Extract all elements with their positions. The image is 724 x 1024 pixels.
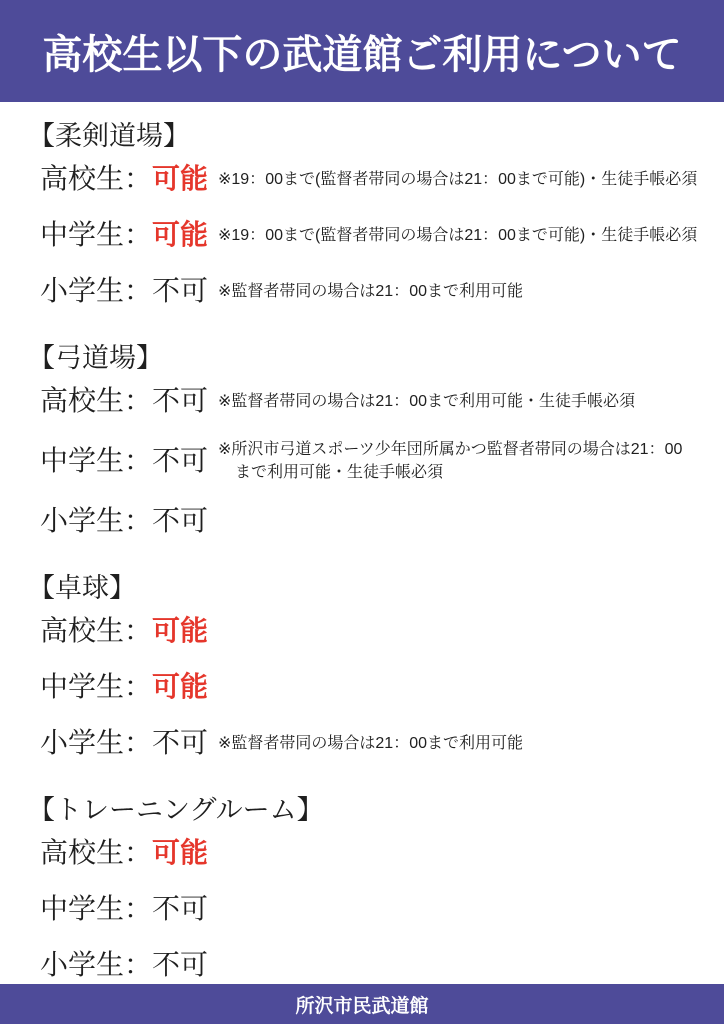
status-value: 不可 (152, 505, 208, 536)
content: 【柔剣道場】 高校生：可能 ※19：00まで(監督者帯同の場合は21：00まで可… (0, 102, 724, 984)
row-main: 中学生：可能 (40, 216, 218, 254)
rule-row-highschool: 高校生：不可 ※監督者帯同の場合は21：00まで利用可能・生徒手帳必須 (40, 382, 698, 420)
row-main: 中学生：不可 (40, 890, 218, 928)
status-value: 不可 (152, 893, 208, 924)
section-rows: 高校生：可能 ※19：00まで(監督者帯同の場合は21：00まで可能)・生徒手帳… (40, 160, 698, 310)
status-value: 不可 (152, 385, 208, 416)
row-main: 中学生：不可 (40, 442, 218, 480)
row-main: 高校生：可能 (40, 834, 218, 872)
status-value: 不可 (152, 727, 208, 758)
section-title: 【柔剣道場】 (28, 118, 698, 154)
row-note: ※監督者帯同の場合は21：00まで利用可能 (218, 732, 698, 755)
rule-row-middleschool: 中学生：可能 ※19：00まで(監督者帯同の場合は21：00まで可能)・生徒手帳… (40, 216, 698, 254)
notice-poster: 高校生以下の武道館ご利用について 【柔剣道場】 高校生：可能 ※19：00まで(… (0, 0, 724, 1024)
student-label: 中学生： (40, 671, 152, 702)
section-rows: 高校生：可能 中学生：可能 小学生：不可 ※監督者帯同の場合は21：00まで利用… (40, 612, 698, 762)
student-label: 小学生： (40, 505, 152, 536)
rule-row-highschool: 高校生：可能 (40, 834, 698, 872)
section-training-room: 【トレーニングルーム】 高校生：可能 中学生：不可 小学生：不可 (28, 792, 698, 984)
row-note: ※所沢市弓道スポーツ少年団所属かつ監督者帯同の場合は21：00まで利用可能・生徒… (218, 438, 698, 484)
row-main: 小学生：不可 (40, 272, 218, 310)
rule-row-highschool: 高校生：可能 (40, 612, 698, 650)
student-label: 高校生： (40, 837, 152, 868)
student-label: 高校生： (40, 385, 152, 416)
title-banner: 高校生以下の武道館ご利用について (0, 0, 724, 102)
rule-row-middleschool: 中学生：可能 (40, 668, 698, 706)
page-title: 高校生以下の武道館ご利用について (42, 23, 681, 80)
student-label: 小学生： (40, 727, 152, 758)
footer-banner: 所沢市民武道館 (0, 984, 724, 1024)
rule-row-elementary: 小学生：不可 ※監督者帯同の場合は21：00まで利用可能 (40, 272, 698, 310)
status-value: 可能 (152, 837, 208, 868)
row-note: ※監督者帯同の場合は21：00まで利用可能 (218, 280, 698, 303)
status-value: 可能 (152, 219, 208, 250)
student-label: 中学生： (40, 445, 152, 476)
rule-row-elementary: 小学生：不可 ※監督者帯同の場合は21：00まで利用可能 (40, 724, 698, 762)
section-rows: 高校生：不可 ※監督者帯同の場合は21：00まで利用可能・生徒手帳必須 中学生：… (40, 382, 698, 540)
rule-row-highschool: 高校生：可能 ※19：00まで(監督者帯同の場合は21：00まで可能)・生徒手帳… (40, 160, 698, 198)
status-value: 不可 (152, 445, 208, 476)
rule-row-middleschool: 中学生：不可 (40, 890, 698, 928)
section-kyudo-dojo: 【弓道場】 高校生：不可 ※監督者帯同の場合は21：00まで利用可能・生徒手帳必… (28, 340, 698, 540)
rule-row-elementary: 小学生：不可 (40, 502, 698, 540)
section-table-tennis: 【卓球】 高校生：可能 中学生：可能 小学生：不可 ※監督者帯同の場合は21：0… (28, 570, 698, 762)
student-label: 小学生： (40, 949, 152, 980)
section-title: 【弓道場】 (28, 340, 698, 376)
row-note: ※19：00まで(監督者帯同の場合は21：00まで可能)・生徒手帳必須 (218, 224, 698, 247)
row-main: 小学生：不可 (40, 946, 218, 984)
student-label: 中学生： (40, 893, 152, 924)
row-main: 小学生：不可 (40, 502, 218, 540)
status-value: 不可 (152, 275, 208, 306)
row-note: ※19：00まで(監督者帯同の場合は21：00まで可能)・生徒手帳必須 (218, 168, 698, 191)
student-label: 高校生： (40, 615, 152, 646)
rule-row-middleschool: 中学生：不可 ※所沢市弓道スポーツ少年団所属かつ監督者帯同の場合は21：00まで… (40, 438, 698, 484)
student-label: 中学生： (40, 219, 152, 250)
row-note: ※監督者帯同の場合は21：00まで利用可能・生徒手帳必須 (218, 390, 698, 413)
row-main: 高校生：不可 (40, 382, 218, 420)
footer-label: 所沢市民武道館 (295, 991, 428, 1018)
row-main: 中学生：可能 (40, 668, 218, 706)
section-rows: 高校生：可能 中学生：不可 小学生：不可 (40, 834, 698, 984)
section-juken-dojo: 【柔剣道場】 高校生：可能 ※19：00まで(監督者帯同の場合は21：00まで可… (28, 118, 698, 310)
status-value: 可能 (152, 671, 208, 702)
row-main: 高校生：可能 (40, 160, 218, 198)
student-label: 小学生： (40, 275, 152, 306)
section-title: 【トレーニングルーム】 (28, 792, 698, 828)
student-label: 高校生： (40, 163, 152, 194)
status-value: 不可 (152, 949, 208, 980)
status-value: 可能 (152, 615, 208, 646)
row-main: 高校生：可能 (40, 612, 218, 650)
status-value: 可能 (152, 163, 208, 194)
row-main: 小学生：不可 (40, 724, 218, 762)
rule-row-elementary: 小学生：不可 (40, 946, 698, 984)
section-title: 【卓球】 (28, 570, 698, 606)
